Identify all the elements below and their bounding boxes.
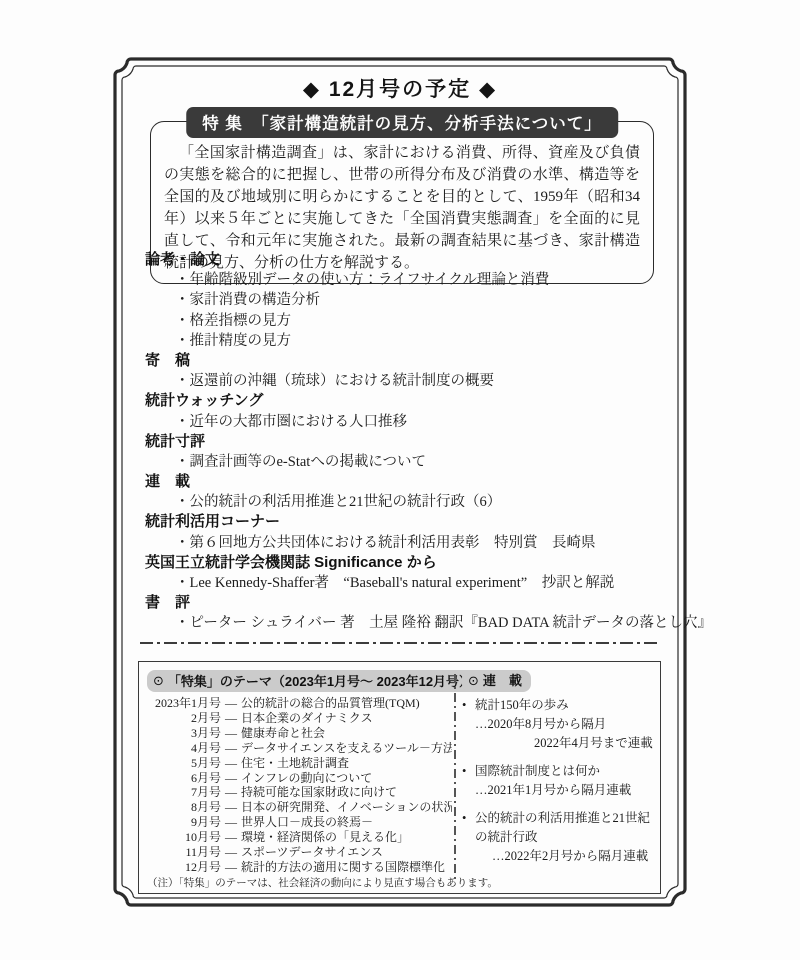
theme-month: 12月号 — [147, 860, 221, 875]
theme-row: 12月号 — 統計的方法の適用に関する国際標準化 — [147, 860, 452, 875]
section-item: ・近年の大都市圏における人口推移 — [145, 412, 665, 432]
theme-row: 2月号 — 日本企業のダイナミクス — [147, 711, 452, 726]
theme-title: 統計的方法の適用に関する国際標準化 — [241, 860, 452, 875]
themes-and-serials-box: ⊙ 「特集」のテーマ（2023年1月号～ 2023年12月号） 2023年1月号… — [138, 661, 661, 894]
theme-title: 公的統計の総合的品質管理(TQM) — [241, 696, 452, 711]
section-item: ・返還前の沖縄（琉球）における統計制度の概要 — [145, 371, 665, 391]
themes-header-badge: ⊙ 「特集」のテーマ（2023年1月号～ 2023年12月号） — [147, 670, 481, 692]
page-title: ◆ 12月号の予定 ◆ — [0, 73, 800, 103]
serial-entry-note: …2020年8月号から隔月 — [462, 715, 654, 734]
em-dash: — — [225, 771, 237, 786]
serial-entry-title-text: 統計150年の歩み — [475, 698, 569, 712]
bullseye-icon: ⊙ — [468, 671, 479, 690]
dash-dot-divider — [140, 642, 660, 644]
theme-row: 7月号 — 持続可能な国家財政に向けて — [147, 785, 452, 800]
em-dash: — — [225, 711, 237, 726]
theme-row: 6月号 — インフレの動向について — [147, 771, 452, 786]
section-heading: 書 評 — [145, 593, 665, 613]
theme-month: 2月号 — [147, 711, 221, 726]
section-item: ・第６回地方公共団体における統計利活用表彰 特別賞 長崎県 — [145, 533, 665, 553]
theme-month: 9月号 — [147, 815, 221, 830]
serial-entry-title: • 国際統計制度とは何か — [462, 762, 654, 781]
section-item: ・家計消費の構造分析 — [145, 290, 665, 310]
em-dash: — — [225, 756, 237, 771]
section-heading: 英国王立統計学会機関誌 Significance から — [145, 553, 665, 573]
magazine-preview-page: { "page_title": "◆ 12月号の予定 ◆", "feature"… — [0, 0, 800, 960]
theme-month: 4月号 — [147, 741, 221, 756]
theme-month: 5月号 — [147, 756, 221, 771]
em-dash: — — [225, 726, 237, 741]
serial-entry: • 公的統計の利活用推進と21世紀の統計行政 …2022年2月号から隔月連載 — [462, 809, 654, 866]
theme-title: 住宅・土地統計調査 — [241, 756, 452, 771]
serial-entry-title-text: 公的統計の利活用推進と21世紀の統計行政 — [475, 811, 650, 844]
theme-month: 11月号 — [147, 845, 221, 860]
theme-row: 11月号 — スポーツデータサイエンス — [147, 845, 452, 860]
section-heading: 統計ウォッチング — [145, 391, 665, 411]
serial-entry-note: …2021年1月号から隔月連載 — [462, 781, 654, 800]
em-dash: — — [225, 830, 237, 845]
section-heading: 論考・論文 — [145, 250, 665, 270]
serial-entry-title: • 統計150年の歩み — [462, 696, 654, 715]
section-item: ・Lee Kennedy-Shaffer著 “Baseball's natura… — [145, 573, 665, 593]
themes-header-label: 「特集」のテーマ（2023年1月号～ 2023年12月号） — [168, 671, 472, 690]
theme-row: 5月号 — 住宅・土地統計調査 — [147, 756, 452, 771]
serial-entry: • 国際統計制度とは何か …2021年1月号から隔月連載 — [462, 762, 654, 800]
serial-entry-note: 2022年4月号まで連載 — [462, 734, 654, 753]
serials-header-label: 連 載 — [483, 671, 522, 690]
serial-entry-title-text: 国際統計制度とは何か — [475, 764, 600, 778]
theme-month: 2023年1月号 — [147, 696, 221, 711]
bullseye-icon: ⊙ — [153, 673, 164, 689]
serial-entry-title: • 公的統計の利活用推進と21世紀の統計行政 — [462, 809, 654, 847]
theme-title: 持続可能な国家財政に向けて — [241, 785, 452, 800]
theme-row: 9月号 — 世界人口－成長の終焉－ — [147, 815, 452, 830]
theme-month: 3月号 — [147, 726, 221, 741]
theme-month: 10月号 — [147, 830, 221, 845]
theme-row: 8月号 — 日本の研究開発、イノベーションの状況 — [147, 800, 452, 815]
theme-month: 7月号 — [147, 785, 221, 800]
section-item: ・公的統計の利活用推進と21世紀の統計行政（6） — [145, 492, 665, 512]
theme-title: 世界人口－成長の終焉－ — [241, 815, 452, 830]
section-heading: 統計利活用コーナー — [145, 512, 665, 532]
theme-row: 4月号 — データサイエンスを支えるツール－方法論 — [147, 741, 452, 756]
section-item: ・推計精度の見方 — [145, 331, 665, 351]
themes-column: ⊙ 「特集」のテーマ（2023年1月号～ 2023年12月号） 2023年1月号… — [147, 670, 452, 887]
serial-entry-note: …2022年2月号から隔月連載 — [462, 847, 654, 866]
theme-row: 10月号 — 環境・経済関係の「見える化」 — [147, 830, 452, 845]
section-heading: 統計寸評 — [145, 432, 665, 452]
feature-banner: 特 集 「家計構造統計の見方、分析手法について」 — [186, 107, 618, 138]
theme-title: 日本の研究開発、イノベーションの状況 — [241, 800, 452, 815]
section-item: ・年齢階級別データの使い方：ライフサイクル理論と消費 — [145, 270, 665, 290]
section-item: ・格差指標の見方 — [145, 311, 665, 331]
serial-entry: • 統計150年の歩み …2020年8月号から隔月 2022年4月号まで連載 — [462, 696, 654, 753]
bullet-icon: • — [462, 696, 466, 715]
theme-title: インフレの動向について — [241, 771, 452, 786]
em-dash: — — [225, 800, 237, 815]
section-heading: 連 載 — [145, 472, 665, 492]
serials-column: ⊙ 連 載 • 統計150年の歩み …2020年8月号から隔月 2022年4月号… — [462, 670, 654, 887]
section-heading: 寄 稿 — [145, 351, 665, 371]
theme-row: 3月号 — 健康寿命と社会 — [147, 726, 452, 741]
em-dash: — — [225, 741, 237, 756]
section-item: ・ピーター シュライバー 著 土屋 隆裕 翻訳『BAD DATA 統計データの落… — [145, 613, 665, 633]
theme-title: 環境・経済関係の「見える化」 — [241, 830, 452, 845]
serials-header-badge: ⊙ 連 載 — [462, 670, 531, 692]
em-dash: — — [225, 860, 237, 875]
em-dash: — — [225, 815, 237, 830]
theme-month: 6月号 — [147, 771, 221, 786]
em-dash: — — [225, 785, 237, 800]
theme-month: 8月号 — [147, 800, 221, 815]
themes-note: （注）「特集」のテーマは、社会経済の動向により見直す場合もあります。 — [147, 877, 452, 890]
contents-list: 論考・論文 ・年齢階級別データの使い方：ライフサイクル理論と消費 ・家計消費の構… — [145, 250, 665, 634]
theme-title: 健康寿命と社会 — [241, 726, 452, 741]
em-dash: — — [225, 845, 237, 860]
bullet-icon: • — [462, 809, 466, 828]
column-separator — [454, 674, 456, 883]
bullet-icon: • — [462, 762, 466, 781]
theme-title: 日本企業のダイナミクス — [241, 711, 452, 726]
theme-title: データサイエンスを支えるツール－方法論 — [241, 741, 452, 756]
section-item: ・調査計画等のe-Statへの掲載について — [145, 452, 665, 472]
em-dash: — — [225, 696, 237, 711]
theme-title: スポーツデータサイエンス — [241, 845, 452, 860]
theme-row: 2023年1月号 — 公的統計の総合的品質管理(TQM) — [147, 696, 452, 711]
